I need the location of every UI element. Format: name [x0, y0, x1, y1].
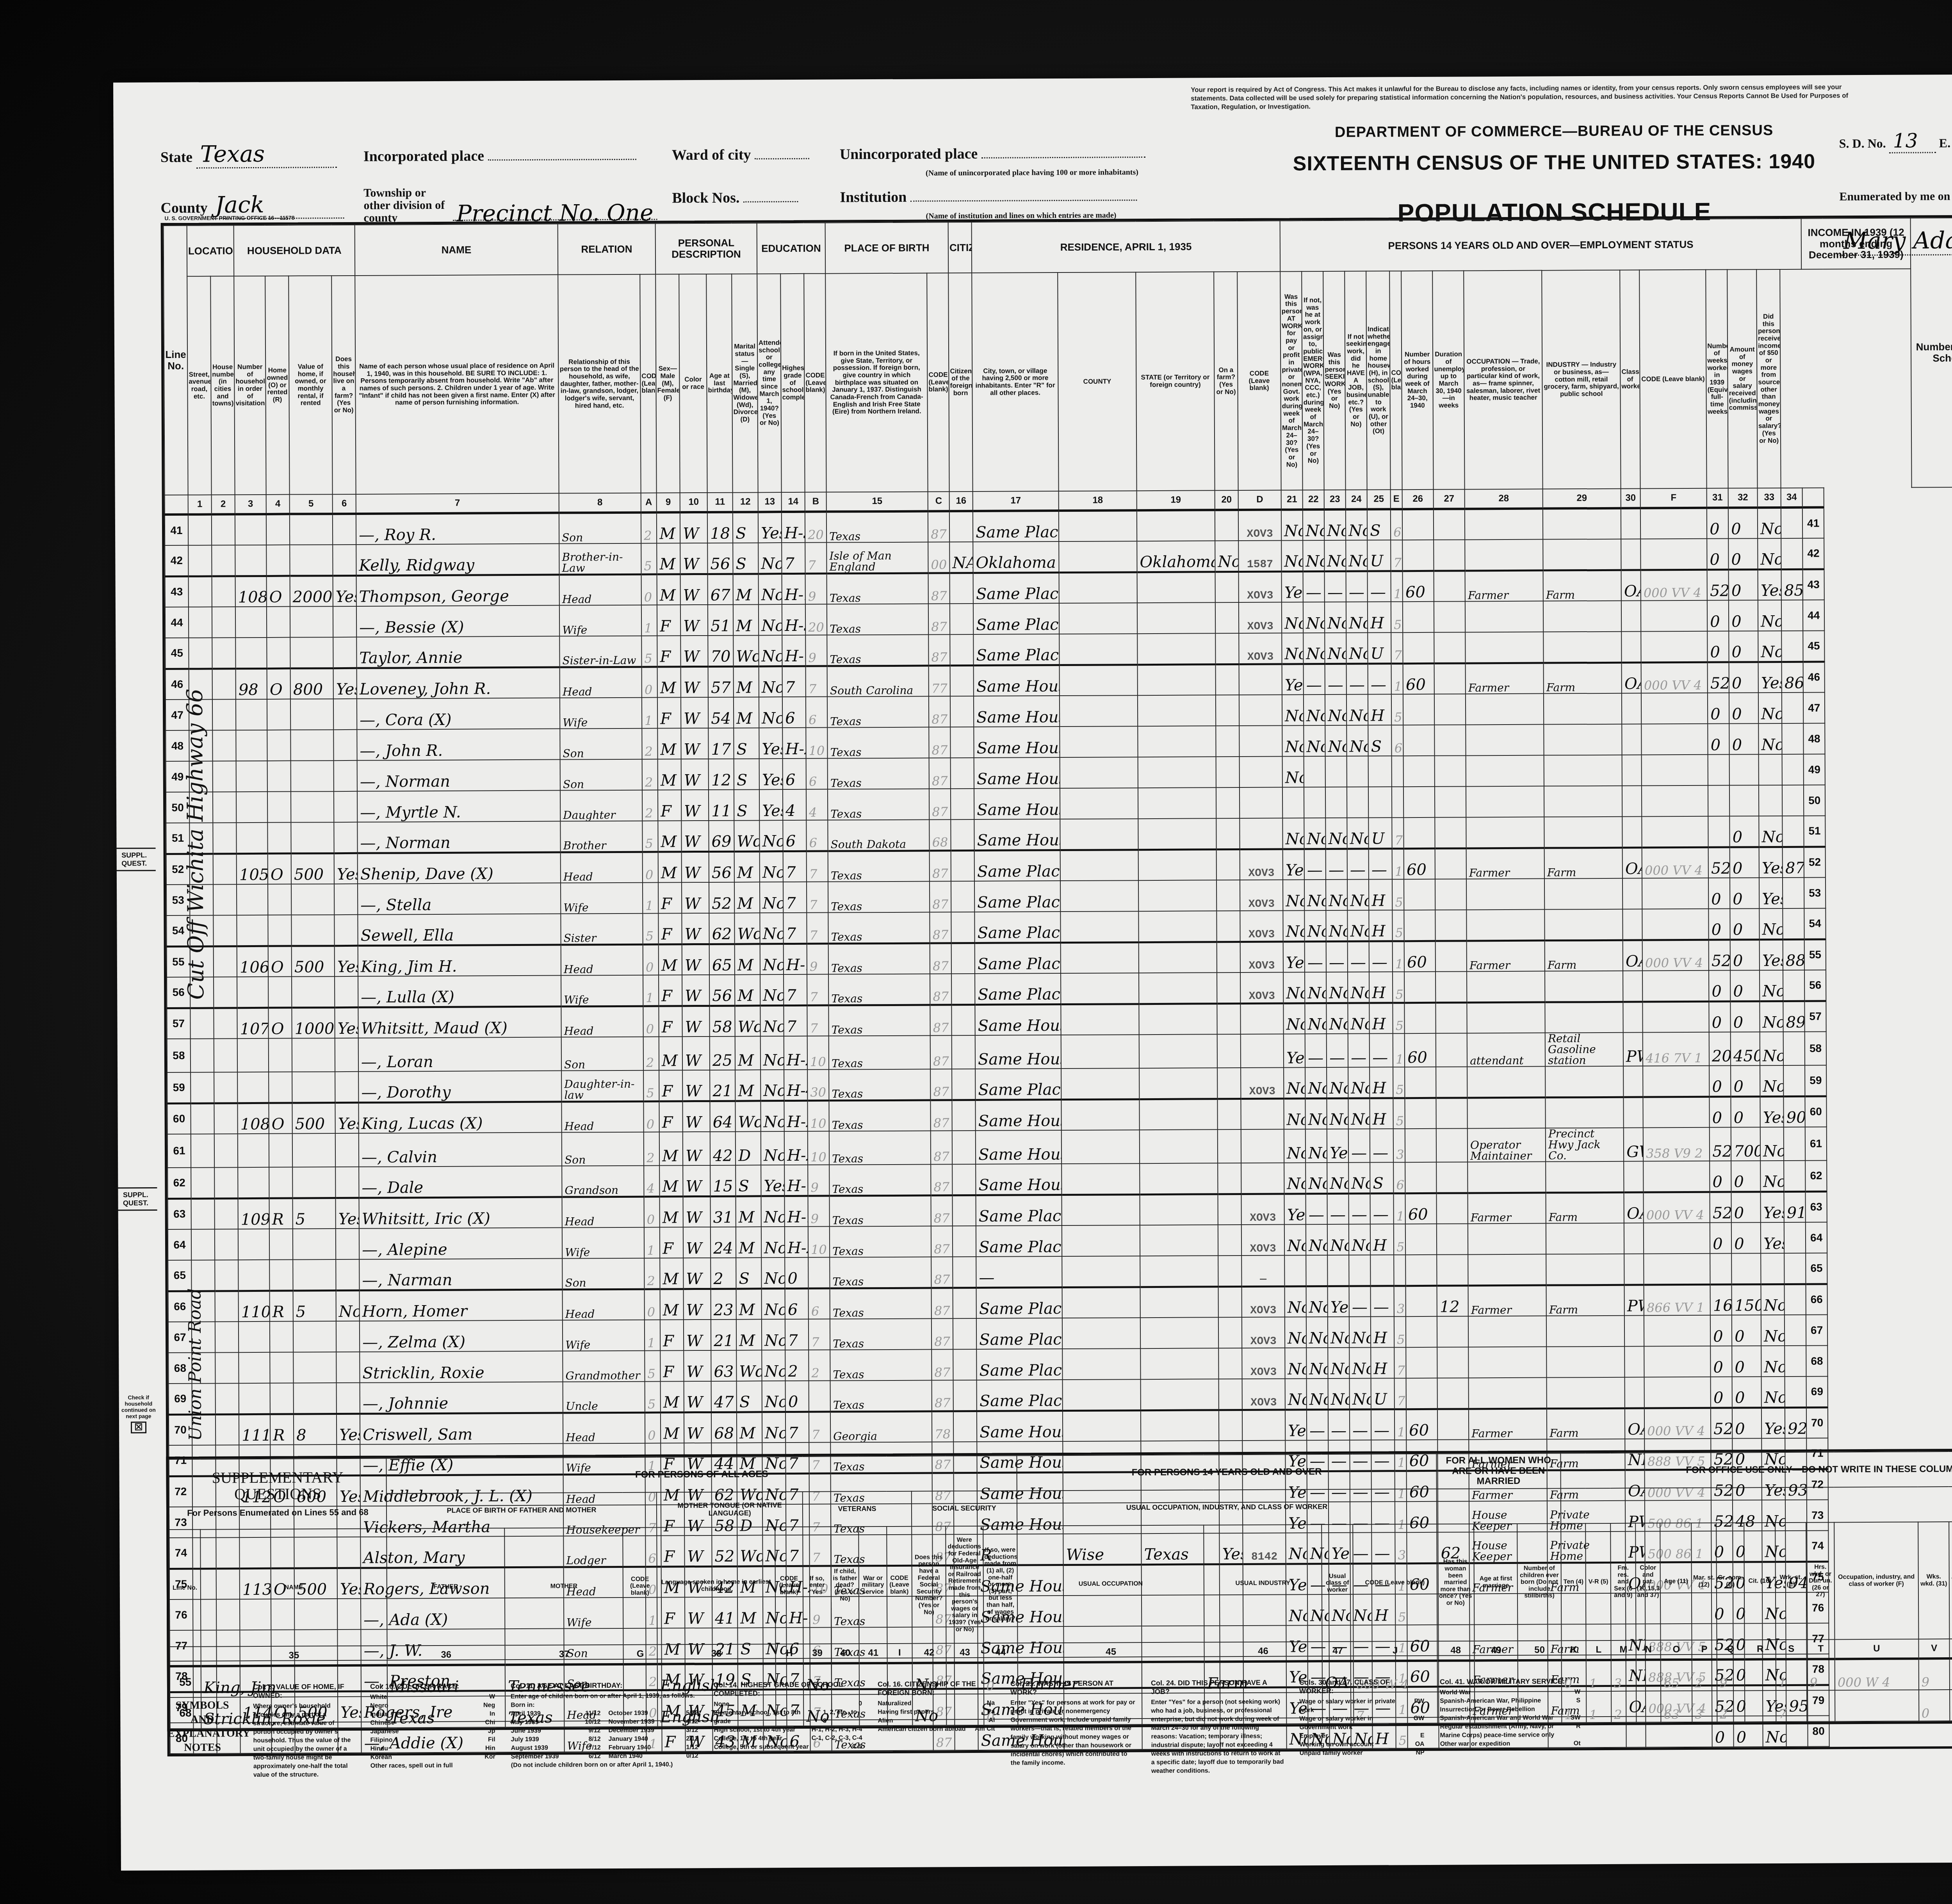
cell-c: 87 [928, 634, 950, 665]
cell-res-city: Same House [976, 1099, 1061, 1131]
cell-c34 [1782, 723, 1803, 754]
cell-c23 [1327, 1255, 1349, 1286]
cell-mar: Wd [735, 1101, 760, 1131]
colnum-b: B [805, 492, 826, 512]
cell-c27 [1435, 786, 1466, 817]
cell-occ [1468, 1224, 1546, 1255]
cell-hn [216, 1383, 239, 1414]
supp-colhead-o: Age (11) [1660, 1523, 1692, 1640]
supp-colnum-42: 42 [912, 1643, 946, 1663]
cell-hn [215, 1260, 238, 1291]
cell-c21: No [1284, 1067, 1305, 1098]
colnum-9: 9 [657, 493, 680, 512]
explanatory-notes: SYMBOLS AND EXPLANATORY NOTES Col. 5. VA… [167, 1667, 1952, 1824]
cell-c: 87 [928, 604, 950, 634]
cell-mar: S [733, 543, 758, 574]
cell-val: 8 [294, 1414, 337, 1444]
supplementary-title: SUPPLEMENTARY QUESTIONS For Persons Enum… [169, 1459, 386, 1530]
cell-c31: 52 [1707, 570, 1729, 600]
cell-c24: No [1346, 509, 1367, 540]
cell-e: 7 [1394, 1347, 1406, 1378]
supp-colnum-39: 39 [803, 1644, 832, 1664]
supp-colnum-l: L [1586, 1640, 1611, 1660]
cell-sch: No [762, 1319, 785, 1350]
cell-st [191, 1229, 215, 1260]
colnum-24: 24 [1346, 490, 1367, 509]
note-item: Working on own accountOA [1300, 1740, 1425, 1749]
cell-f: 000 VV 4 [1642, 847, 1708, 878]
cell-c22: No [1305, 1129, 1327, 1163]
cell-race: W [684, 1381, 711, 1412]
supp-colhead-w: Wages (32) [1949, 1522, 1952, 1639]
cell-c32 [1729, 754, 1759, 785]
colhead-25: Indicate whether engaged in home housewo… [1366, 271, 1390, 490]
cell-c33: No [1761, 1346, 1785, 1377]
cell-sex: M [658, 759, 681, 790]
cell-farm [337, 1383, 360, 1414]
cell-own [267, 730, 290, 761]
cell-line: 44 [165, 607, 189, 638]
cell-cit [951, 789, 974, 819]
cell-grade: 0 [785, 1381, 809, 1412]
cell-f [1643, 1097, 1710, 1128]
cell-line: 70 [1806, 1407, 1828, 1438]
note-item: December 19393/12 [608, 1726, 698, 1735]
cell-b: 9 [805, 635, 827, 666]
cell-d: XOV3 [1238, 510, 1281, 541]
cell-c26: 60 [1403, 663, 1434, 694]
note-item: October 19395/12 [608, 1709, 698, 1718]
note-item: ChineseChi [370, 1718, 495, 1727]
cell-line: 60 [167, 1103, 191, 1134]
cell-res-farm [1216, 849, 1240, 880]
note-col24: Col. 24. DID THIS PERSON HAVE A JOB? Ent… [1151, 1678, 1284, 1819]
cell-mar: M [733, 604, 759, 635]
cell-c26 [1403, 694, 1434, 725]
cell-st [188, 514, 212, 545]
cell-age: 42 [710, 1132, 736, 1165]
cell-c25: — [1370, 1193, 1394, 1224]
cell-f: 000 VV 4 [1642, 940, 1709, 971]
cell-b: 7 [807, 974, 828, 1005]
supp-colnum-43: 43 [946, 1643, 984, 1663]
supp-colnum-q: Q [1717, 1640, 1745, 1659]
cell-st [192, 1383, 216, 1414]
cell-d: XOV3 [1242, 1317, 1285, 1348]
cell-e: 1 [1391, 571, 1403, 602]
cell-f [1644, 1377, 1711, 1408]
cell-sex: M [657, 728, 681, 759]
cell-farm [335, 976, 358, 1007]
cell-grade: H-2 [782, 728, 806, 759]
cell-cls: GW [1624, 1128, 1643, 1161]
cell-sex: M [658, 851, 682, 882]
cell-b: 9 [808, 1165, 829, 1196]
cell-c24: No [1350, 1379, 1371, 1409]
cell-race: W [682, 1037, 710, 1070]
cell-c24: — [1346, 664, 1368, 695]
cell-c: 87 [929, 696, 950, 727]
cell-birth: Texas [828, 881, 930, 912]
cell-c24 [1349, 1255, 1370, 1286]
cell-c27 [1435, 910, 1466, 940]
cell-c34 [1783, 878, 1804, 908]
cell-hh [237, 977, 268, 1008]
cell-st [189, 638, 212, 668]
cell-farm: Yes [335, 1103, 358, 1133]
supp-colnum-j: J [1353, 1641, 1437, 1661]
cell-line: 50 [166, 792, 189, 823]
cell-c26 [1403, 818, 1435, 848]
cell-d: XOV3 [1242, 1286, 1285, 1317]
cell-st [189, 761, 213, 792]
cell-c32: 700 [1731, 1127, 1760, 1161]
supp-colnum-47: 47 [1322, 1642, 1354, 1661]
cell-c21: No [1284, 1163, 1305, 1193]
cell-c32 [1729, 785, 1759, 816]
cell-cit [951, 974, 975, 1005]
cell-a: 4 [644, 1166, 659, 1197]
note-col5: Col. 5. VALUE OF HOME, IF OWNED: Where o… [253, 1682, 355, 1823]
cell-mar: M [737, 1412, 762, 1443]
cell-c22: No [1306, 1224, 1327, 1255]
cell-line: 50 [1804, 785, 1825, 816]
cell-race: W [684, 1320, 711, 1350]
cell-race: W [683, 1165, 710, 1196]
colhead-4: Home owned (O) or rented (R) [265, 276, 289, 495]
cell-mar: M [734, 666, 759, 697]
cell-own [267, 823, 291, 853]
colhead-9: Sex—Male (M), Female (F) [655, 274, 680, 493]
cell-line: 59 [167, 1072, 191, 1103]
cell-sex: M [659, 1037, 682, 1070]
cell-own: O [268, 853, 291, 884]
colhead-28: OCCUPATION — Trade, profession, or parti… [1464, 271, 1542, 490]
cell-c31: 52 [1708, 847, 1730, 878]
cell-c21: No [1282, 818, 1304, 849]
group-income: INCOME IN 1939 (12 months ending Decembe… [1801, 218, 1911, 269]
cell-b: 10 [808, 1131, 829, 1165]
cell-c23: — [1328, 1409, 1350, 1440]
cell-c34 [1785, 1284, 1806, 1315]
cell-res-state: Oklahoma [1137, 541, 1215, 572]
township-field: Township or other division of county Pre… [363, 186, 657, 224]
cell-race: W [682, 944, 709, 975]
cell-hn [212, 607, 235, 638]
cell-rel: Wife [562, 1227, 644, 1259]
cell-farm: Yes [333, 668, 357, 699]
cell-sex: M [657, 666, 681, 697]
cell-race: W [682, 913, 709, 944]
cell-cit [951, 943, 975, 974]
cell-res-county [1062, 1348, 1140, 1380]
supp-colhead-42: Does this person have a Federal Social S… [912, 1526, 946, 1643]
cell-sch: No [761, 1227, 785, 1257]
cell-res-farm [1216, 911, 1240, 942]
cell-own: O [268, 1008, 292, 1038]
cell-c: 87 [929, 727, 950, 758]
colnum-31: 31 [1707, 488, 1728, 508]
cell-ind [1546, 1097, 1624, 1128]
cell-ind: Farm [1544, 663, 1622, 694]
cell-grade: H-1 [784, 1165, 808, 1196]
cell-c31 [1710, 1254, 1731, 1284]
supp-group-all-ages: FOR PERSONS OF ALL AGES [386, 1456, 1017, 1494]
cell-res-city: Same Place [977, 1380, 1063, 1411]
colnum-2: 2 [212, 495, 235, 514]
cell-res-city: Oklahoma City [973, 541, 1059, 573]
cell-mar: M [734, 882, 760, 913]
cell-occ [1465, 540, 1543, 571]
note-item: May 193910/12 [511, 1718, 600, 1727]
cell-d: XOV3 [1239, 633, 1282, 664]
cell-ind [1546, 1223, 1624, 1254]
cell-age: 47 [711, 1381, 737, 1412]
note-item: JapaneseJp [370, 1727, 495, 1736]
cell-cit [953, 1195, 976, 1226]
cell-res-farm [1216, 695, 1239, 726]
cell-farm: No [336, 1290, 360, 1321]
cell-hn [214, 946, 237, 977]
cell-b: 10 [807, 1101, 829, 1131]
supp-colhead-q: Gr. com. (B) [1716, 1523, 1745, 1640]
cell-hn [213, 884, 237, 915]
cell-c27 [1435, 879, 1466, 910]
cell-birth: Texas [828, 789, 929, 820]
supp-colnum-40: 40 [831, 1644, 859, 1663]
supp-colhead-40: If child, is father dead? (Yes or No) [831, 1526, 859, 1644]
cell-own [267, 761, 291, 792]
cell-rel: Daughter [560, 790, 642, 821]
cell-hh [237, 1038, 269, 1072]
cell-mar: Wd [734, 913, 760, 944]
cell-c24: No [1348, 1163, 1370, 1193]
cell-res-county [1060, 850, 1138, 881]
supp-colhead-t: Hrs. wkd. or Dur. un. (26 or 27) [1806, 1522, 1834, 1639]
cell-birth: Texas [829, 1035, 930, 1069]
cell-c27 [1434, 694, 1466, 725]
cell-d: XOV3 [1241, 1225, 1284, 1256]
cell-c27 [1434, 663, 1466, 694]
cell-a: 1 [643, 883, 658, 914]
cell-own [267, 638, 290, 668]
cell-st [188, 545, 212, 576]
supp-colhead-49: Age at first marriage [1474, 1524, 1518, 1641]
cell-c25: H [1371, 1316, 1394, 1347]
cell-c34 [1785, 1377, 1806, 1407]
supp-colnum-u: U [1834, 1639, 1918, 1659]
cell-f [1641, 631, 1707, 663]
cell-d [1239, 664, 1282, 695]
cell-st [192, 1291, 215, 1322]
cell-c: 87 [930, 1069, 952, 1100]
cell-c26 [1404, 972, 1436, 1003]
cell-a: 5 [643, 1070, 659, 1101]
note-item: Elementary school, 1st to 8th grade1, 2,… [714, 1708, 862, 1726]
cell-occ: Farmer [1469, 1409, 1547, 1440]
supp-colhead-u: Occupation, industry, and class of worke… [1834, 1522, 1918, 1639]
colnum-34: 34 [1781, 488, 1802, 508]
cell-c24: No [1347, 818, 1368, 849]
cell-mar: M [734, 697, 759, 728]
cell-sch: No [762, 1288, 785, 1319]
supp-sub-tongue: MOTHER TONGUE (OR NATIVE LANGUAGE) [657, 1492, 803, 1528]
cell-rel: Son [560, 759, 642, 791]
cell-hn [213, 915, 237, 946]
colnum-19: 19 [1137, 490, 1215, 510]
cell-res-county [1059, 510, 1137, 541]
cell-f: 000 VV 4 [1641, 570, 1707, 601]
cell-farm [334, 822, 357, 853]
colhead-30: Class of worker [1620, 270, 1640, 489]
cell-val: 2000 [290, 575, 333, 606]
cell-st [191, 1134, 214, 1167]
cell-c33: Yes [1758, 662, 1782, 693]
cell-line: 69 [169, 1384, 192, 1414]
cell-res-city: Same Place [975, 1069, 1061, 1100]
cell-occ [1467, 1002, 1545, 1033]
department-title: DEPARTMENT OF COMMERCE—BUREAU OF THE CEN… [1285, 122, 1824, 141]
cell-sch: No [762, 1381, 785, 1412]
cell-race: W [681, 728, 708, 759]
cell-c27 [1437, 1409, 1469, 1439]
cell-c21: No [1282, 695, 1304, 725]
cell-c31: 0 [1707, 539, 1728, 570]
cell-c26 [1405, 1255, 1437, 1286]
cell-sex: M [660, 1196, 683, 1227]
colhead-18: COUNTY [1058, 272, 1136, 491]
cell-res-city: Same House [974, 819, 1060, 850]
cell-hn [216, 1414, 239, 1445]
cell-val [294, 1383, 337, 1414]
cell-race: W [683, 1132, 710, 1165]
cell-mar: Wd [734, 820, 759, 851]
cell-hh [235, 514, 266, 545]
cell-sch: No [760, 1005, 784, 1036]
cell-c23: — [1327, 1193, 1349, 1224]
cell-birth: Isle of Man England [826, 542, 928, 573]
cell-val [291, 884, 334, 915]
cell-line: 68 [1806, 1345, 1827, 1376]
cell-cls [1625, 1377, 1644, 1408]
cell-res-county [1062, 1318, 1140, 1349]
cell-ind [1546, 1161, 1624, 1193]
cell-cit [953, 1226, 976, 1257]
cell-a: 5 [642, 821, 658, 852]
note-item: World WarW [1440, 1688, 1580, 1697]
cell-hh: 106 [237, 946, 268, 977]
cell-st [189, 668, 212, 699]
colhead-6: Does this household live on a farm? (Yes… [331, 276, 356, 494]
cell-c25: — [1368, 571, 1391, 602]
cell-rel: Head [563, 1412, 645, 1444]
cell-age: 56 [709, 975, 735, 1006]
cell-c25: U [1368, 818, 1392, 848]
cell-cit [953, 1257, 976, 1288]
cell-c23: No [1324, 540, 1346, 571]
cell-hn [214, 1072, 237, 1103]
cell-line: 47 [166, 700, 189, 730]
cell-f: 000 VV 4 [1644, 1408, 1711, 1439]
cell-line: 48 [166, 730, 189, 761]
cell-res-county [1061, 1099, 1139, 1130]
cell-occ: Farmer [1466, 848, 1544, 879]
cell-c34 [1783, 970, 1804, 1001]
cell-res-county [1061, 942, 1139, 973]
cell-d: XOV3 [1241, 1068, 1284, 1099]
cell-hn [214, 1167, 238, 1198]
cell-c: 87 [929, 758, 951, 789]
supp-colhead-line0: Line No. [169, 1530, 201, 1647]
cell-c32: 0 [1729, 569, 1758, 600]
cell-c21: Yes [1284, 1193, 1306, 1224]
cell-c23 [1325, 787, 1347, 818]
cell-line: 65 [1806, 1253, 1827, 1284]
cell-e [1394, 1255, 1405, 1286]
cell-mar: M [735, 1070, 760, 1101]
cell-e: 5 [1391, 602, 1403, 632]
cell-c32: 0 [1729, 631, 1758, 662]
cell-name: Shenip, Dave (X) [358, 852, 561, 884]
cell-c: 68 [929, 819, 951, 850]
cell-a: 0 [643, 852, 658, 883]
cell-line: 55 [167, 946, 190, 977]
cell-sex: M [661, 1412, 684, 1443]
cell-age: 18 [707, 512, 733, 543]
cell-val [291, 791, 334, 822]
cell-line: 67 [1806, 1314, 1827, 1345]
cell-own [266, 514, 290, 545]
cell-occ: Farmer [1466, 663, 1544, 694]
cell-hn [212, 699, 236, 730]
cell-e [1392, 756, 1403, 787]
cell-rel: Sister-in-Law [559, 636, 641, 667]
cell-c22 [1306, 1255, 1327, 1286]
cell-res-state [1141, 1410, 1219, 1441]
cell-ind [1544, 878, 1623, 910]
cell-res-state [1140, 1194, 1218, 1225]
colhead-10: Color or race [679, 274, 707, 493]
cell-c27 [1437, 1224, 1468, 1254]
cell-line: 51 [1804, 816, 1825, 846]
cell-res-county [1063, 1410, 1141, 1441]
supp-colnum-s: S [1776, 1640, 1807, 1659]
group-personal: PERSONAL DESCRIPTION [655, 223, 757, 274]
cell-c33: No [1758, 508, 1781, 538]
cell-c31: 0 [1707, 631, 1729, 662]
note-item: January 19402/12 [609, 1735, 698, 1744]
cell-c32: 0 [1731, 1065, 1760, 1096]
cell-name: Stricklin, Roxie [360, 1351, 563, 1383]
cell-rel: Head [561, 944, 643, 976]
cell-c23: No [1326, 880, 1347, 910]
cell-hh [237, 1072, 269, 1103]
cell-c22 [1304, 787, 1325, 818]
cell-st [189, 823, 213, 853]
cell-res-county [1060, 664, 1138, 696]
cell-grade: 6 [785, 1288, 809, 1319]
cell-c22: No [1306, 1286, 1328, 1317]
cell-b: 30 [807, 1070, 829, 1101]
township-value: Precinct No. One [452, 207, 657, 221]
cell-ind [1545, 1002, 1623, 1033]
incorporated-place-field: Incorporated place [363, 147, 636, 165]
cell-age: 65 [709, 944, 735, 975]
cell-line: 62 [1805, 1160, 1827, 1191]
cell-c25: H [1368, 694, 1391, 725]
cell-rel: Brother-in-Law [559, 543, 641, 575]
cell-ind [1546, 1254, 1624, 1285]
